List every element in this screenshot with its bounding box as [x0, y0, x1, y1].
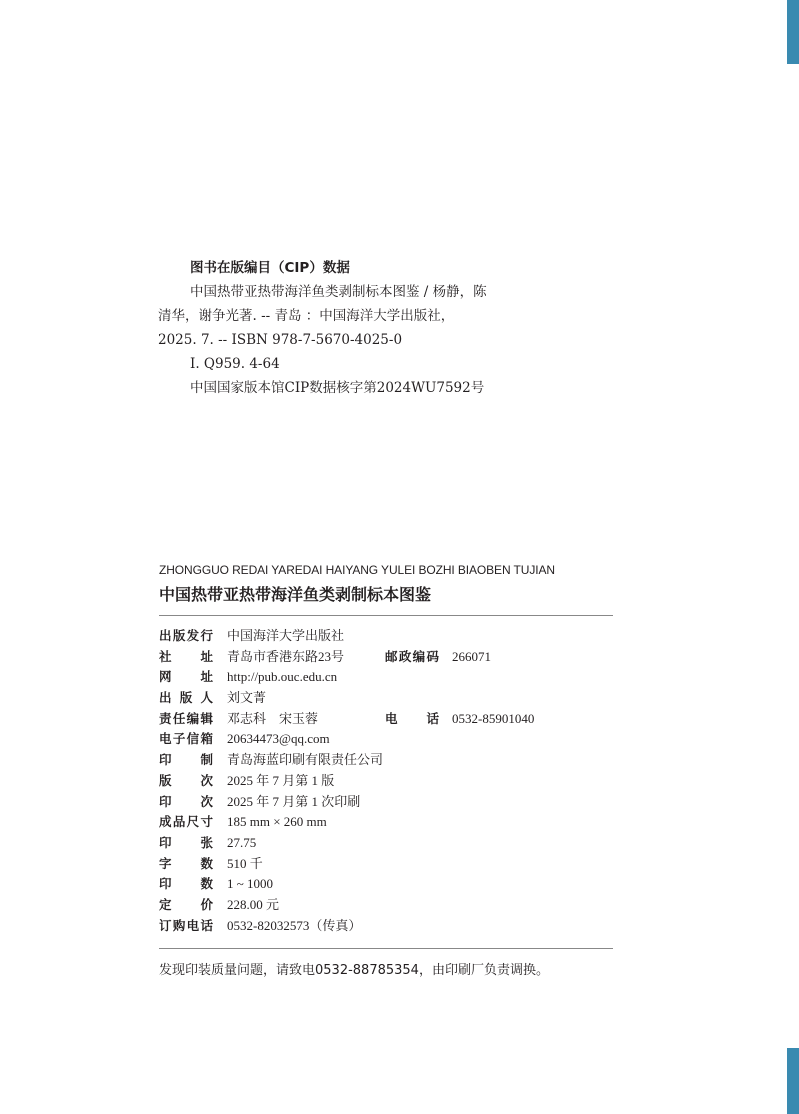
info-value: 2025 年 7 月第 1 次印刷	[227, 792, 360, 813]
info-value: 刘文菁	[227, 688, 266, 709]
info-row-size: 成品尺寸 185 mm × 260 mm	[159, 812, 619, 833]
info-row-publisher: 出版发行 中国海洋大学出版社	[159, 626, 619, 647]
info-label: 出版发行	[159, 626, 213, 647]
info-label: 版次	[159, 771, 213, 792]
info-value: 邓志科 宋玉蓉	[227, 709, 318, 730]
publication-info: 出版发行 中国海洋大学出版社 社址 青岛市香港东路23号 邮政编码 266071…	[159, 626, 619, 936]
info-label: 定价	[159, 895, 213, 916]
info-label: 网址	[159, 667, 213, 688]
info-value-website-link[interactable]: http://pub.ouc.edu.cn	[227, 667, 337, 688]
info-label: 印张	[159, 833, 213, 854]
info-value: 27.75	[227, 833, 256, 854]
info-row-printer: 印制 青岛海蓝印刷有限责任公司	[159, 750, 619, 771]
info-row-order-phone: 订购电话 0532-82032573（传真）	[159, 916, 619, 937]
info-row-email: 电子信箱 20634473@qq.com	[159, 729, 619, 750]
info-value-phone: 0532-85901040	[452, 709, 534, 730]
info-value: 228.00 元	[227, 895, 279, 916]
info-value-postcode: 266071	[452, 647, 491, 668]
info-label: 印数	[159, 874, 213, 895]
title-chinese: 中国热带亚热带海洋鱼类剥制标本图鉴	[159, 582, 431, 605]
info-label: 印次	[159, 792, 213, 813]
divider-top	[159, 615, 613, 616]
info-label-phone: 电话	[385, 709, 439, 730]
cip-heading: 图书在版编目（CIP）数据	[158, 256, 538, 280]
divider-bottom	[159, 948, 613, 949]
edge-bar-top	[787, 0, 799, 64]
info-label: 成品尺寸	[159, 812, 213, 833]
info-value: 中国海洋大学出版社	[227, 626, 344, 647]
info-label: 责任编辑	[159, 709, 213, 730]
info-value-email-link[interactable]: 20634473@qq.com	[227, 729, 330, 750]
info-row-edition: 版次 2025 年 7 月第 1 版	[159, 771, 619, 792]
cip-line: Ⅰ. Q959. 4-64	[158, 352, 538, 376]
info-label: 印制	[159, 750, 213, 771]
info-value: 1 ~ 1000	[227, 874, 273, 895]
cip-line: 中国热带亚热带海洋鱼类剥制标本图鉴 / 杨静，陈	[158, 280, 538, 304]
info-label: 电子信箱	[159, 729, 213, 750]
info-value: 青岛市香港东路23号	[227, 647, 344, 668]
info-label: 订购电话	[159, 916, 213, 937]
info-row-publisher-person: 出版人 刘文菁	[159, 688, 619, 709]
info-label-postcode: 邮政编码	[385, 647, 439, 668]
cip-data-block: 图书在版编目（CIP）数据 中国热带亚热带海洋鱼类剥制标本图鉴 / 杨静，陈 清…	[158, 256, 538, 400]
info-value: 510 千	[227, 854, 263, 875]
title-pinyin: ZHONGGUO REDAI YAREDAI HAIYANG YULEI BOZ…	[159, 563, 555, 577]
info-row-print-run: 印数 1 ~ 1000	[159, 874, 619, 895]
cip-line: 清华，谢争光著. -- 青岛 ：中国海洋大学出版社，	[158, 304, 538, 328]
edge-bar-bottom	[787, 1048, 799, 1114]
info-row-word-count: 字数 510 千	[159, 854, 619, 875]
info-row-address: 社址 青岛市香港东路23号 邮政编码 266071	[159, 647, 619, 668]
info-label: 出版人	[159, 688, 213, 709]
info-row-printing: 印次 2025 年 7 月第 1 次印刷	[159, 792, 619, 813]
info-label: 字数	[159, 854, 213, 875]
cip-line: 2025. 7. -- ISBN 978-7-5670-4025-0	[158, 328, 538, 352]
info-label: 社址	[159, 647, 213, 668]
info-row-price: 定价 228.00 元	[159, 895, 619, 916]
info-value: 185 mm × 260 mm	[227, 812, 327, 833]
info-value: 2025 年 7 月第 1 版	[227, 771, 334, 792]
info-row-editors: 责任编辑 邓志科 宋玉蓉 电话 0532-85901040	[159, 709, 619, 730]
info-value: 0532-82032573（传真）	[227, 916, 361, 937]
cip-line: 中国国家版本馆CIP数据核字第2024WU7592号	[158, 376, 538, 400]
quality-notice: 发现印装质量问题，请致电0532-88785354，由印刷厂负责调换。	[159, 959, 549, 978]
info-row-sheets: 印张 27.75	[159, 833, 619, 854]
info-value: 青岛海蓝印刷有限责任公司	[227, 750, 383, 771]
info-row-website: 网址 http://pub.ouc.edu.cn	[159, 667, 619, 688]
